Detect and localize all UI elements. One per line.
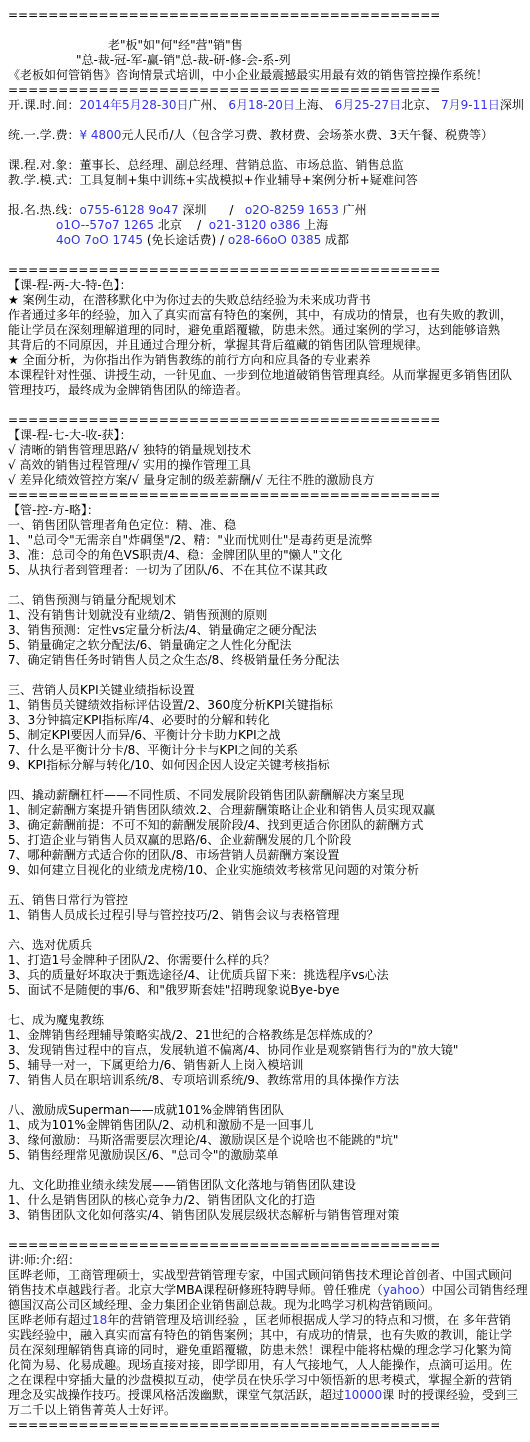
text-span: 9、KPI指标分解与转化/10、如何因企因人设定关键考核指标 [8, 758, 330, 772]
paragraph-line: 本课程针对性强、讲授生动，一针见血、一步到位地道破销售管理真经。从而掌握更多销售… [8, 368, 530, 383]
lecturer-line: 实践经验中，融入真实而富有特色的销售案例；其中，有成功的情景，也有失败的教训，能… [8, 1328, 530, 1343]
outline-item: 3、缘何激励：马斯洛需要层次理论/4、激励误区是个说啥也不能跳的"坑" [8, 1133, 530, 1148]
outline-item: 1、成为101%金牌销售团队/2、动机和激励不是一回事儿 [8, 1118, 530, 1133]
text-span: 深圳 [500, 98, 524, 112]
text-span: ）中国公司销售经理 [420, 1283, 528, 1297]
blank-line [8, 188, 530, 203]
outline-item: 1、销售人员成长过程引导与管控技巧/2、销售会议与表格管理 [8, 908, 530, 923]
lecturer-line: 匡晔老师，工商管理硕士，实战型营销管理专家，中国式顾问销售技术理论首创者、中国式… [8, 1268, 530, 1283]
outline-item: 1、什么是销售团队的核心竞争力/2、销售团队文化的打造 [8, 1193, 530, 1208]
text-span: ★ 案例生动，在潜移默化中为你过去的失败总结经验为未来成功背书 [8, 293, 371, 307]
lecturer-line: 化简为易、化易成趣。现场直接对接，即学即用，有人气接地气，人人能操作，点滴可运用… [8, 1358, 530, 1373]
text-span: 广州、 [189, 98, 229, 112]
text-span: √ 清晰的销售管理思路/√ 独特的销量规划技术 [8, 443, 251, 457]
lecturer-line: 德国汉高公司区域经理、金力集团企业销售副总裁。现为北鸣学习机构营销顾问。 [8, 1298, 530, 1313]
paragraph-line: 管理技巧，最终成为金牌销售团队的缔造者。 [8, 383, 530, 398]
text-span: (免长途话费) / [143, 233, 228, 247]
lecturer-line: 理念及实战操作技巧。授课风格活泼幽默，课堂气氛活跃，超过10000课 时的授课经… [8, 1388, 530, 1403]
section-heading-gains: 【课-程-七-大-收-获】： [8, 428, 530, 443]
separator-line: ========================================… [8, 1418, 530, 1433]
text-span: 员在深刻理解销售真谛的同时，避免重蹈覆辙，防患未然！课程中能将枯燥的理念学习化繁… [8, 1343, 512, 1357]
text-span: 5、辅导一对一，下属更给力/6、销售新人上岗入模培训 [8, 1058, 303, 1072]
text-span: 1、什么是销售团队的核心竞争力/2、销售团队文化的打造 [8, 1193, 315, 1207]
hotline-line-3: 4oO 7oO 1745 (免长途话费) / o28-66oO 0385 成都 [8, 233, 530, 248]
paragraph-line: 能让学员在深刻理解道理的同时，避免重蹈覆辙，防患未然。通过案例的学习，达到能够谙… [8, 323, 530, 338]
blank-line [8, 143, 530, 158]
section-heading-strategy: 【管-控-方-略】： [8, 503, 530, 518]
highlighted-text: 10000 [344, 1388, 382, 1402]
doc-title: 老"板"如"何"经"营"销"售 [8, 38, 530, 53]
text-span: 3、确定薪酬前提：不可不知的薪酬发展阶段/4、找到更适合你团队的薪酬方式 [8, 818, 423, 832]
outline-item: 3、准：总司令的角色VS职责/4、稳：金牌团队里的"懒人"文化 [8, 548, 530, 563]
text-span: 八、激励成Superman——成就101%金牌销售团队 [8, 1103, 284, 1117]
text-span: 7、什么是平衡计分卡/8、平衡计分卡与KPI之间的关系 [8, 743, 298, 757]
outline-item: 7、销售人员在职培训系统/8、专项培训系统/9、教练常用的具体操作方法 [8, 1073, 530, 1088]
blank-line [8, 998, 530, 1013]
text-span: 理念及实战操作技巧。授课风格活泼幽默，课堂气氛活跃，超过 [8, 1388, 344, 1402]
text-span: 7、销售人员在职培训系统/8、专项培训系统/9、教练常用的具体操作方法 [8, 1073, 399, 1087]
schedule-line: 开.课.时.间：2014年5月28-30日广州、 6月18-20日上海、 6月2… [8, 98, 530, 113]
text-span: 教.学.模.式：工具复制+集中训练+实战模拟+作业辅导+案例分析+疑难问答 [8, 173, 418, 187]
blank-line [8, 668, 530, 683]
blank-line [8, 1163, 530, 1178]
text-span: 二、销售预测与销量分配规划术 [8, 593, 176, 607]
text-span: 9、如何建立目视化的业绩龙虎榜/10、企业实施绩效考核常见问题的对策分析 [8, 863, 419, 877]
hotline-line-2: o1O--57o7 1265 北京 / o21-3120 o386 上海 [8, 218, 530, 233]
blank-line [8, 113, 530, 128]
outline-heading: 一、销售团队管理者角色定位：精、准、稳 [8, 518, 530, 533]
highlighted-text: o21-3120 o386 [209, 218, 301, 232]
outline-heading: 九、文化助推业绩永续发展——销售团队文化落地与销售团队建设 [8, 1178, 530, 1193]
outline-item: 7、什么是平衡计分卡/8、平衡计分卡与KPI之间的关系 [8, 743, 530, 758]
separator-line: ========================================… [8, 263, 530, 278]
text-span: 广州 [339, 203, 367, 217]
text-span: 上海、 [295, 98, 335, 112]
blank-line [8, 398, 530, 413]
text-span: 五、销售日常行为管控 [8, 893, 128, 907]
text-span: 其背后的不同原因，并且通过合理分析，掌握其背后蕴藏的销售团队管理规律。 [8, 338, 428, 352]
text-span: 北京、 [401, 98, 441, 112]
text-span: 深圳 / [179, 203, 245, 217]
highlighted-text: o28-66oO 0385 [228, 233, 321, 247]
lecturer-heading: 讲:师:介:绍： [8, 1253, 530, 1268]
outline-item: 1、"总司令"无需亲自"炸碉堡"/2、精："业而忧则仕"是毒药更是流弊 [8, 533, 530, 548]
text-span: 1、打造1号金牌种子团队/2、你需要什么样的兵？ [8, 953, 275, 967]
gain-line: √ 清晰的销售管理思路/√ 独特的销量规划技术 [8, 443, 530, 458]
text-span: 之在课程中穿插大量的沙盘模拟互动，使学员在快乐学习中领悟新的思考模式，掌握全新的… [8, 1373, 512, 1387]
highlighted-text: 18 [92, 1313, 107, 1327]
text-span: 5、制定KPI要因人而异/6、平衡计分卡助力KPI之战 [8, 728, 281, 742]
feature-star-2: ★ 全面分析，为你指出作为销售教练的前行方向和应具备的专业素养 [8, 353, 530, 368]
text-span: 3、准：总司令的角色VS职责/4、稳：金牌团队里的"懒人"文化 [8, 548, 342, 562]
section-heading-features: 【课-程-两-大-特-色】： [8, 278, 530, 293]
text-span: 能让学员在深刻理解道理的同时，避免重蹈覆辙，防患未然。通过案例的学习，达到能够谙… [8, 323, 500, 337]
outline-heading: 六、选对优质兵 [8, 938, 530, 953]
outline-item: 5、面试不是随便的事/6、和"俄罗斯套娃"招聘现象说Bye-bye [8, 983, 530, 998]
text-span: 匡晔老师有超过 [8, 1313, 92, 1327]
text-span: 匡晔老师，工商管理硕士，实战型营销管理专家，中国式顾问销售技术理论首创者、中国式… [8, 1268, 512, 1282]
highlighted-text: yahoo [383, 1283, 420, 1297]
lecturer-line: 销售技术卓越践行者。北京大学MBA课程研修班特聘导师。曾任雅虎（yahoo）中国… [8, 1283, 530, 1298]
outline-item: 3、确定薪酬前提：不可不知的薪酬发展阶段/4、找到更适合你团队的薪酬方式 [8, 818, 530, 833]
outline-heading: 七、成为魔鬼教练 [8, 1013, 530, 1028]
text-span: 德国汉高公司区域经理、金力集团企业销售副总裁。现为北鸣学习机构营销顾问。 [8, 1298, 440, 1312]
text-span: 北京 / [154, 218, 209, 232]
lecturer-line: 员在深刻理解销售真谛的同时，避免重蹈覆辙，防患未然！课程中能将枯燥的理念学习化繁… [8, 1343, 530, 1358]
text-span: 1、成为101%金牌销售团队/2、动机和激励不是一回事儿 [8, 1118, 314, 1132]
text-span: 管理技巧，最终成为金牌销售团队的缔造者。 [8, 383, 248, 397]
lecturer-line: 之在课程中穿插大量的沙盘模拟互动，使学员在快乐学习中领悟新的思考模式，掌握全新的… [8, 1373, 530, 1388]
text-span: "总-裁-冠-军-赢-销"总-裁-研-修-会-系-列 [76, 53, 291, 67]
text-span: 3、3分钟搞定KPI指标库/4、必要时的分解和转化 [8, 713, 270, 727]
gain-line: √ 高效的销售过程管理/√ 实用的操作管理工具 [8, 458, 530, 473]
text-span: 1、制定薪酬方案提升销售团队绩效.2、合理薪酬策略让企业和销售人员实现双赢 [8, 803, 435, 817]
text-span: 课.程.对.象：董事长、总经理、副总经理、营销总监、市场总监、销售总监 [8, 158, 403, 172]
text-span: 3、销售预测：定性vs定量分析法/4、销量确定之硬分配法 [8, 623, 317, 637]
text-span: 3、发现销售过程中的盲点，发展轨道不偏离/4、协同作业是观察销售行为的"放大镜" [8, 1043, 458, 1057]
highlighted-text: 6月18-20日 [228, 98, 295, 112]
text-span: 报.名.热.线： [8, 203, 79, 217]
outline-item: 5、销售经理常见激励误区/6、"总司令"的激励菜单 [8, 1148, 530, 1163]
text-span: 实践经验中，融入真实而富有特色的销售案例；其中，有成功的情景，也有失败的教训，能… [8, 1328, 512, 1342]
teaching-mode-line: 教.学.模.式：工具复制+集中训练+实战模拟+作业辅导+案例分析+疑难问答 [8, 173, 530, 188]
text-span: 一、销售团队管理者角色定位：精、准、稳 [8, 518, 236, 532]
text-span: 九、文化助推业绩永续发展——销售团队文化落地与销售团队建设 [8, 1178, 356, 1192]
outline-item: 1、金牌销售经理辅导策略实战/2、21世纪的合格教练是怎样炼成的？ [8, 1028, 530, 1043]
text-span: 5、面试不是随便的事/6、和"俄罗斯套娃"招聘现象说Bye-bye [8, 983, 340, 997]
text-span: 老"板"如"何"经"营"销"售 [108, 38, 243, 52]
text-span: 七、成为魔鬼教练 [8, 1013, 104, 1027]
audience-line: 课.程.对.象：董事长、总经理、副总经理、营销总监、市场总监、销售总监 [8, 158, 530, 173]
text-span: 成都 [321, 233, 349, 247]
separator-line: ========================================… [8, 8, 530, 23]
text-span: 3、缘何激励：马斯洛需要层次理论/4、激励误区是个说啥也不能跳的"坑" [8, 1133, 398, 1147]
outline-item: 3、3分钟搞定KPI指标库/4、必要时的分解和转化 [8, 713, 530, 728]
blank-line [8, 773, 530, 788]
text-span: 作者通过多年的经验，加入了真实而富有特色的案例，其中，有成功的情景，也有失败的教… [8, 308, 512, 322]
outline-heading: 三、营销人员KPI关键业绩指标设置 [8, 683, 530, 698]
outline-item: 5、制定KPI要因人而异/6、平衡计分卡助力KPI之战 [8, 728, 530, 743]
text-span: 三、营销人员KPI关键业绩指标设置 [8, 683, 195, 697]
blank-line [8, 1088, 530, 1103]
text-span: 元人民币/人（包含学习费、教材费、会场茶水费、3天午餐、税费等） [121, 128, 493, 142]
text-span: 《老板如何管销售》咨询情景式培训，中小企业最震撼最实用最有效的销售管控操作系统！ [8, 68, 488, 82]
hotline-line-1: 报.名.热.线：o755-6128 9o47 深圳 / o2O-8259 165… [8, 203, 530, 218]
text-span: 3、销售团队文化如何落实/4、销售团队发展层级状态解析与销售管理对策 [8, 1208, 399, 1222]
blank-line [8, 1223, 530, 1238]
outline-heading: 四、撬动薪酬杠杆——不同性质、不同发展阶段销售团队薪酬解决方案呈现 [8, 788, 530, 803]
subtitle: 《老板如何管销售》咨询情景式培训，中小企业最震撼最实用最有效的销售管控操作系统！ [8, 68, 530, 83]
blank-line [8, 878, 530, 893]
text-span: 【课-程-两-大-特-色】： [8, 278, 132, 292]
outline-item: 9、KPI指标分解与转化/10、如何因企因人设定关键考核指标 [8, 758, 530, 773]
text-span: 开.课.时.间： [8, 98, 79, 112]
text-span: 本课程针对性强、讲授生动，一针见血、一步到位地道破销售管理真经。从而掌握更多销售… [8, 368, 512, 382]
paragraph-line: 作者通过多年的经验，加入了真实而富有特色的案例，其中，有成功的情景，也有失败的教… [8, 308, 530, 323]
highlighted-text: 4oO 7oO 1745 [56, 233, 143, 247]
highlighted-text: 2014年5月28-30日 [79, 98, 188, 112]
outline-item: 9、如何建立目视化的业绩龙虎榜/10、企业实施绩效考核常见问题的对策分析 [8, 863, 530, 878]
blank-line [8, 923, 530, 938]
text-span: √ 高效的销售过程管理/√ 实用的操作管理工具 [8, 458, 251, 472]
gain-line: √ 差异化绩效管控方案/√ 量身定制的级差薪酬/√ 无往不胜的激励良方 [8, 473, 530, 488]
outline-item: 1、制定薪酬方案提升销售团队绩效.2、合理薪酬策略让企业和销售人员实现双赢 [8, 803, 530, 818]
outline-item: 5、从执行者到管理者：一切为了团队/6、不在其位不谋其政 [8, 563, 530, 578]
highlighted-text: 6月25-27日 [335, 98, 402, 112]
series-title: "总-裁-冠-军-赢-销"总-裁-研-修-会-系-列 [8, 53, 530, 68]
text-span: 5、销售经理常见激励误区/6、"总司令"的激励菜单 [8, 1148, 278, 1162]
text-span: 销售技术卓越践行者。北京大学MBA课程研修班特聘导师。曾任雅虎（ [8, 1283, 383, 1297]
outline-item: 3、销售团队文化如何落实/4、销售团队发展层级状态解析与销售管理对策 [8, 1208, 530, 1223]
text-span: ★ 全面分析，为你指出作为销售教练的前行方向和应具备的专业素养 [8, 353, 371, 367]
outline-heading: 五、销售日常行为管控 [8, 893, 530, 908]
lecturer-line: 匡晔老师有超过18年的营销管理及培训经验 ，匡老师根据成人学习的特点和习惯，在 … [8, 1313, 530, 1328]
outline-item: 5、打造企业与销售人员双赢的思路/6、企业薪酬发展的几个阶段 [8, 833, 530, 848]
text-span: 课 时的授课经验，受到三 [382, 1388, 518, 1402]
outline-item: 3、兵的质量好坏取决于甄选途径/4、让优质兵留下来：挑选程序vs心法 [8, 968, 530, 983]
text-span: 5、打造企业与销售人员双赢的思路/6、企业薪酬发展的几个阶段 [8, 833, 351, 847]
text-span: 5、从执行者到管理者：一切为了团队/6、不在其位不谋其政 [8, 563, 327, 577]
blank-line [8, 578, 530, 593]
paragraph-line: 其背后的不同原因，并且通过合理分析，掌握其背后蕴藏的销售团队管理规律。 [8, 338, 530, 353]
outline-item: 1、没有销售计划就没有业绩/2、销售预测的原则 [8, 608, 530, 623]
outline-heading: 八、激励成Superman——成就101%金牌销售团队 [8, 1103, 530, 1118]
outline-item: 1、销售员关键绩效指标评估设置/2、360度分析KPI关键指标 [8, 698, 530, 713]
text-span: 万二千以上销售菁英人士好评。 [8, 1403, 176, 1417]
separator-line: ========================================… [8, 1238, 530, 1253]
text-span: 上海 [300, 218, 328, 232]
lecturer-line: 万二千以上销售菁英人士好评。 [8, 1403, 530, 1418]
highlighted-text: 7月9-11日 [441, 98, 500, 112]
blank-line [8, 23, 530, 38]
email-document: ========================================… [0, 0, 530, 1442]
text-span: 统.一.学.费： [8, 128, 79, 142]
text-span: 3、兵的质量好坏取决于甄选途径/4、让优质兵留下来：挑选程序vs心法 [8, 968, 389, 982]
text-span: 化简为易、化易成趣。现场直接对接，即学即用，有人气接地气，人人能操作，点滴可运用… [8, 1358, 512, 1372]
text-span: 7、确定销售任务时销售人员之众生态/8、终极销量任务分配法 [8, 653, 339, 667]
highlighted-text: o1O--57o7 1265 [56, 218, 154, 232]
text-span: 讲:师:介:绍： [8, 1253, 80, 1267]
highlighted-text: o2O-8259 1653 [245, 203, 339, 217]
text-span: 1、"总司令"无需亲自"炸碉堡"/2、精："业而忧则仕"是毒药更是流弊 [8, 533, 372, 547]
text-span: 1、没有销售计划就没有业绩/2、销售预测的原则 [8, 608, 267, 622]
fee-line: 统.一.学.费：¥ 4800元人民币/人（包含学习费、教材费、会场茶水费、3天午… [8, 128, 530, 143]
separator-line: ========================================… [8, 83, 530, 98]
highlighted-text: ¥ 4800 [79, 128, 121, 142]
text-span: 【课-程-七-大-收-获】： [8, 428, 132, 442]
text-span: 7、哪种薪酬方式适合你的团队/8、市场营销人员薪酬方案设置 [8, 848, 339, 862]
outline-item: 3、销售预测：定性vs定量分析法/4、销量确定之硬分配法 [8, 623, 530, 638]
text-span: 1、销售人员成长过程引导与管控技巧/2、销售会议与表格管理 [8, 908, 339, 922]
text-span: √ 差异化绩效管控方案/√ 量身定制的级差薪酬/√ 无往不胜的激励良方 [8, 473, 374, 487]
text-span: 年的营销管理及培训经验 ，匡老师根据成人学习的特点和习惯，在 多年营销 [107, 1313, 511, 1327]
highlighted-text: o755-6128 9o47 [79, 203, 178, 217]
outline-item: 7、确定销售任务时销售人员之众生态/8、终极销量任务分配法 [8, 653, 530, 668]
text-span: 1、销售员关键绩效指标评估设置/2、360度分析KPI关键指标 [8, 698, 333, 712]
blank-line [8, 248, 530, 263]
text-span: 5、销量确定之软分配法/6、销量确定之人性化分配法 [8, 638, 291, 652]
text-span: 【管-控-方-略】： [8, 503, 99, 517]
text-span: 四、撬动薪酬杠杆——不同性质、不同发展阶段销售团队薪酬解决方案呈现 [8, 788, 404, 802]
outline-item: 7、哪种薪酬方式适合你的团队/8、市场营销人员薪酬方案设置 [8, 848, 530, 863]
text-span: 1、金牌销售经理辅导策略实战/2、21世纪的合格教练是怎样炼成的？ [8, 1028, 379, 1042]
separator-line: ========================================… [8, 488, 530, 503]
outline-heading: 二、销售预测与销量分配规划术 [8, 593, 530, 608]
outline-item: 1、打造1号金牌种子团队/2、你需要什么样的兵？ [8, 953, 530, 968]
outline-item: 5、辅导一对一，下属更给力/6、销售新人上岗入模培训 [8, 1058, 530, 1073]
separator-line: ========================================… [8, 413, 530, 428]
outline-item: 5、销量确定之软分配法/6、销量确定之人性化分配法 [8, 638, 530, 653]
feature-star-1: ★ 案例生动，在潜移默化中为你过去的失败总结经验为未来成功背书 [8, 293, 530, 308]
text-span: 六、选对优质兵 [8, 938, 92, 952]
outline-item: 3、发现销售过程中的盲点，发展轨道不偏离/4、协同作业是观察销售行为的"放大镜" [8, 1043, 530, 1058]
